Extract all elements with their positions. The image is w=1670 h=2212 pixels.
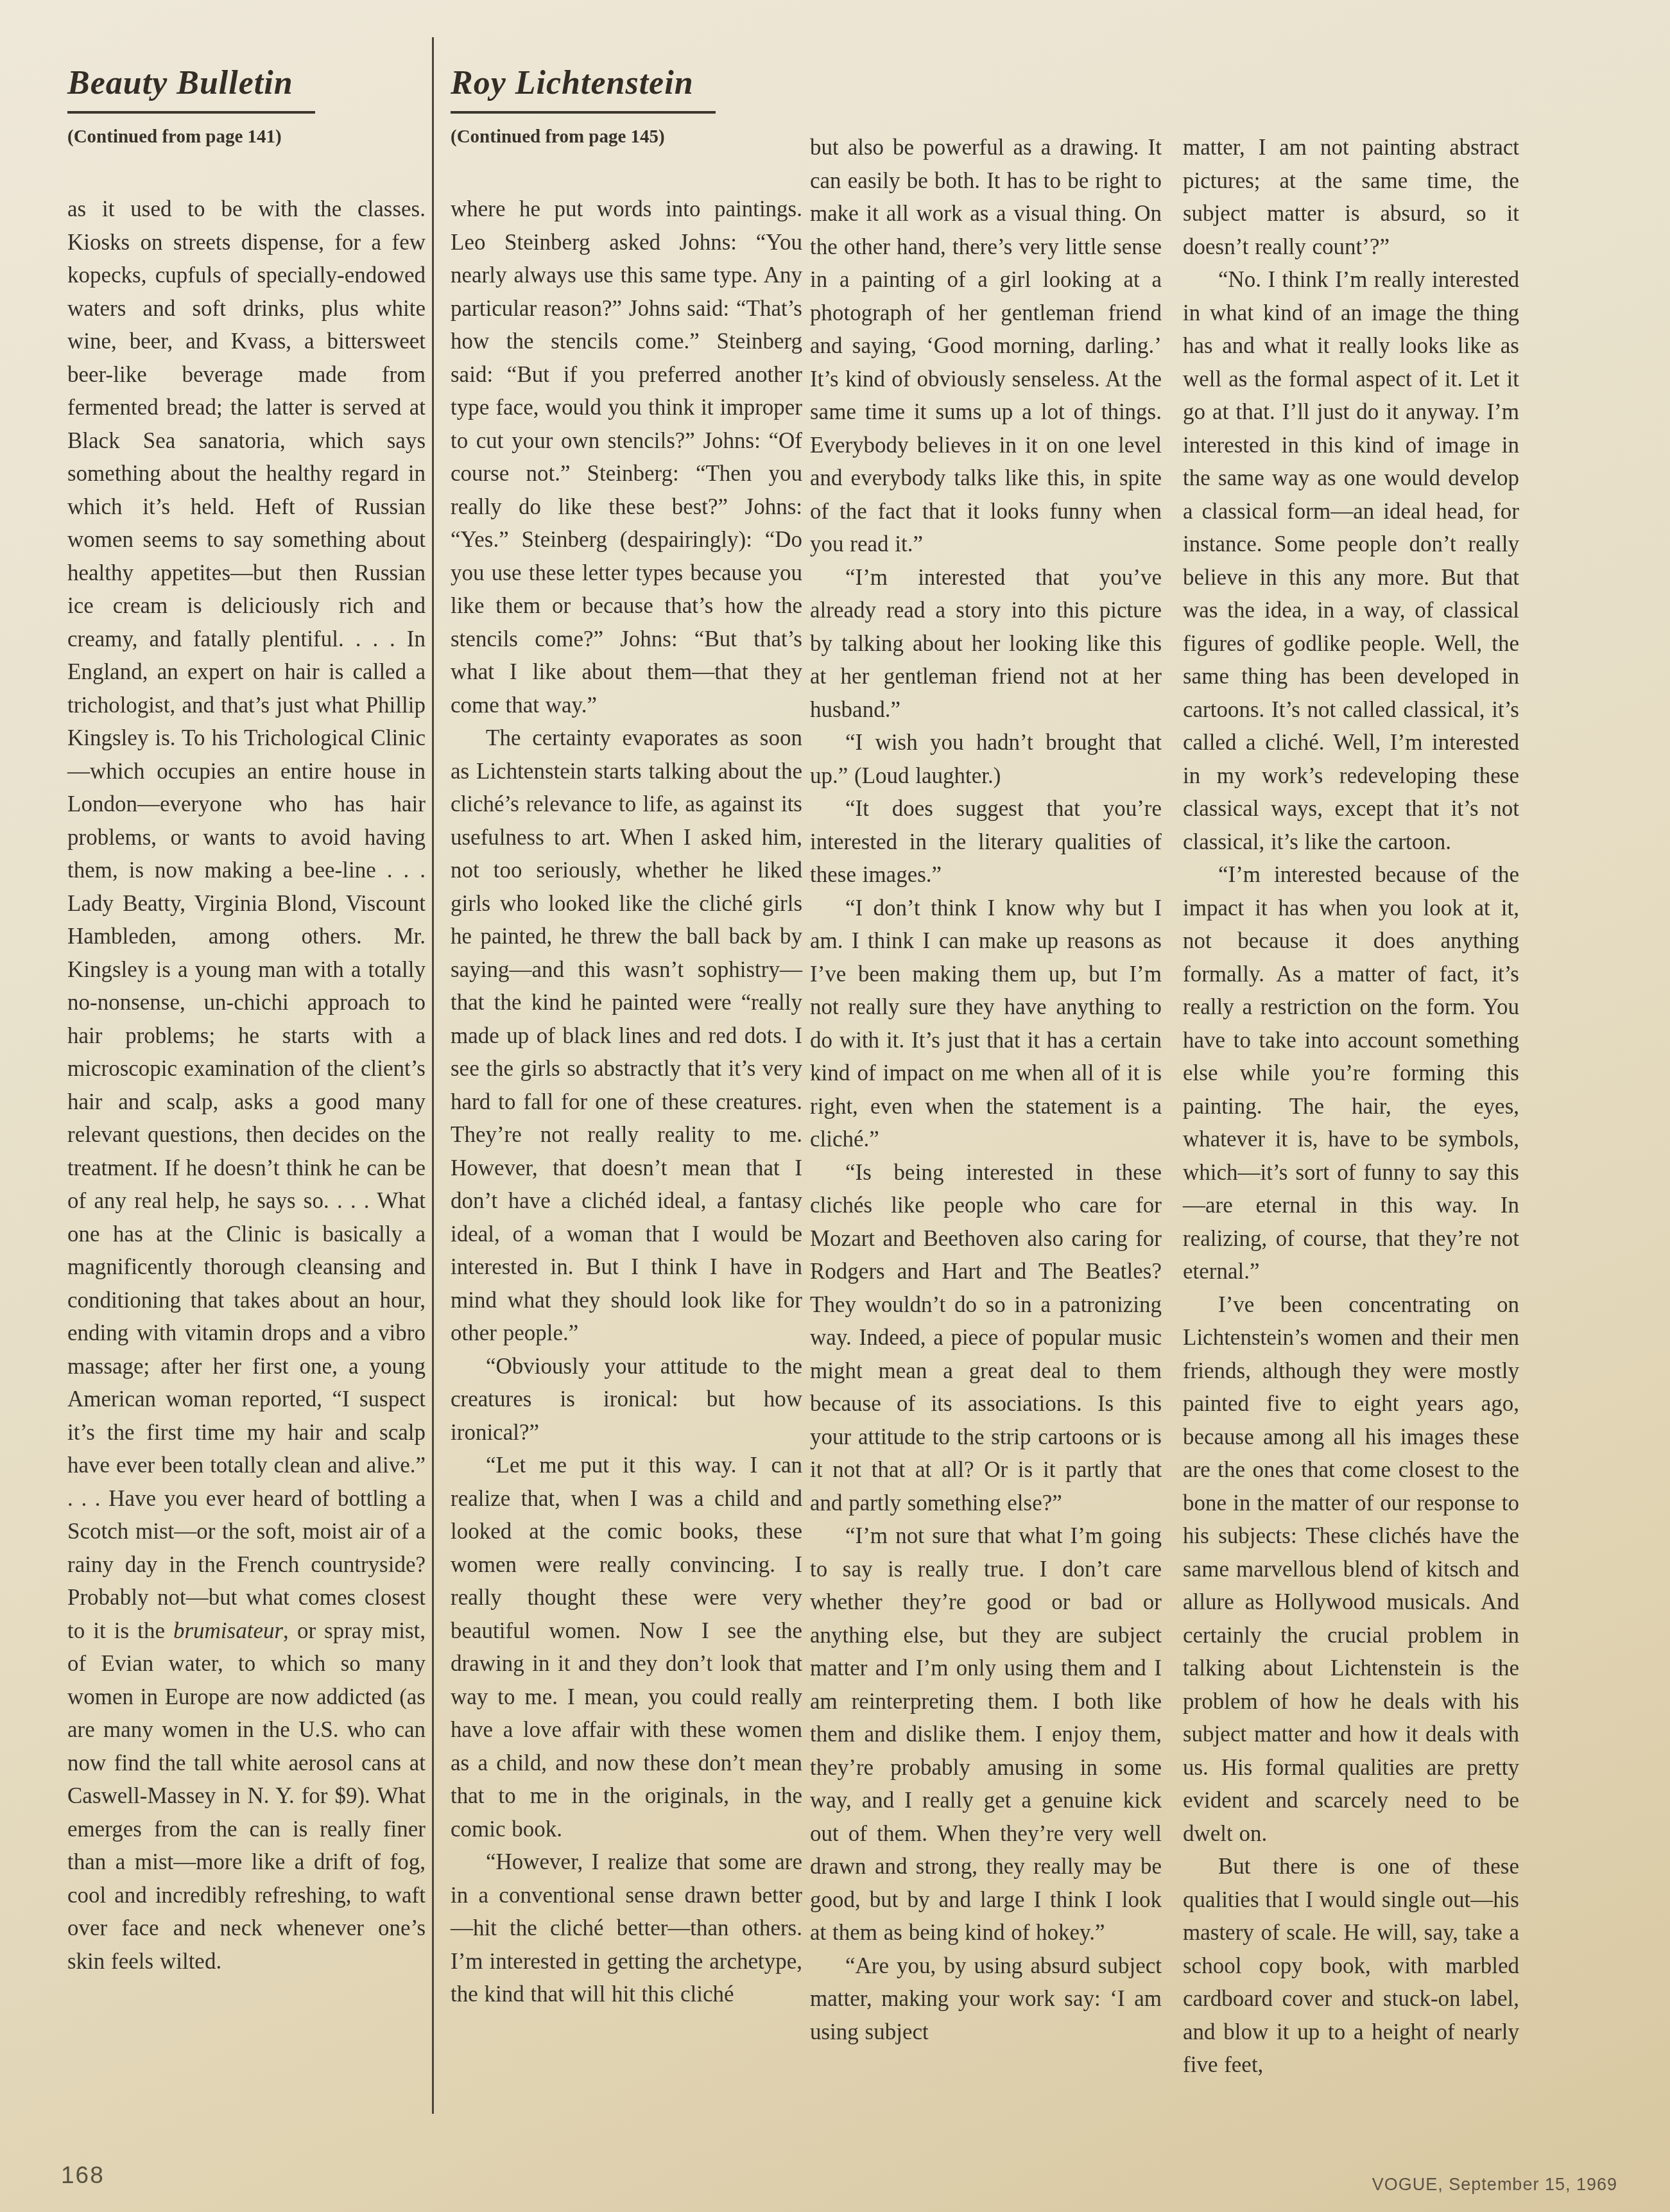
paragraph: “However, I realize that some are in a c… bbox=[451, 1845, 802, 2011]
body-text: “Are you, by using absurd subject matter… bbox=[810, 1953, 1162, 2044]
text-column-1: as it used to be with the classes. Kiosk… bbox=[67, 193, 426, 1978]
body-text: “However, I realize that some are in a c… bbox=[451, 1849, 802, 2007]
paragraph: “Obviously your attitude to the creature… bbox=[451, 1350, 802, 1449]
paragraph: “Are you, by using absurd subject matter… bbox=[810, 1949, 1162, 2049]
body-text: “I wish you hadn’t brought that up.” (Lo… bbox=[810, 730, 1162, 788]
paragraph: “I don’t think I know why but I am. I th… bbox=[810, 892, 1162, 1156]
continued-note-left: (Continued from page 141) bbox=[67, 126, 315, 148]
body-text: I’ve been concentrating on Lichtenstein’… bbox=[1183, 1292, 1519, 1846]
paragraph: “I’m interested that you’ve already read… bbox=[810, 561, 1162, 727]
body-text: as it used to be with the classes. Kiosk… bbox=[67, 196, 426, 1643]
paragraph: But there is one of these qualities that… bbox=[1183, 1850, 1519, 2082]
paragraph: where he put words into paintings. Leo S… bbox=[451, 193, 802, 721]
paragraph: “No. I think I’m really interested in wh… bbox=[1183, 263, 1519, 858]
article-title-beauty-bulletin: Beauty Bulletin bbox=[67, 64, 315, 114]
paragraph: “I’m not sure that what I’m going to say… bbox=[810, 1519, 1162, 1949]
body-text: “I’m interested because of the impact it… bbox=[1183, 862, 1519, 1284]
text-column-3: but also be powerful as a drawing. It ca… bbox=[810, 131, 1162, 2048]
body-text: “Let me put it this way. I can realize t… bbox=[451, 1453, 802, 1842]
text-column-4: matter, I am not painting abstract pictu… bbox=[1183, 131, 1519, 2082]
italic-text: brumisateur bbox=[173, 1618, 283, 1643]
paragraph: but also be powerful as a drawing. It ca… bbox=[810, 131, 1162, 561]
body-text: matter, I am not painting abstract pictu… bbox=[1183, 135, 1519, 259]
article-header-roy-lichtenstein: Roy Lichtenstein (Continued from page 14… bbox=[451, 64, 716, 148]
body-text: but also be powerful as a drawing. It ca… bbox=[810, 135, 1162, 557]
body-text: “No. I think I’m really interested in wh… bbox=[1183, 267, 1519, 854]
continued-note-right: (Continued from page 145) bbox=[451, 126, 716, 148]
magazine-page: Beauty Bulletin (Continued from page 141… bbox=[0, 0, 1670, 2212]
article-header-beauty-bulletin: Beauty Bulletin (Continued from page 141… bbox=[67, 64, 315, 148]
body-text: The certainty evaporates as soon as Lich… bbox=[451, 725, 802, 1345]
body-text: “I’m not sure that what I’m going to say… bbox=[810, 1523, 1162, 1945]
page-number: 168 bbox=[61, 2162, 105, 2189]
body-text: “I don’t think I know why but I am. I th… bbox=[810, 895, 1162, 1152]
column-divider-rule bbox=[432, 37, 434, 2114]
text-column-2: where he put words into paintings. Leo S… bbox=[451, 193, 802, 2011]
paragraph: I’ve been concentrating on Lichtenstein’… bbox=[1183, 1288, 1519, 1851]
body-text: , or spray mist, of Evian water, to whic… bbox=[67, 1618, 426, 1974]
paragraph: matter, I am not painting abstract pictu… bbox=[1183, 131, 1519, 263]
body-text: where he put words into paintings. Leo S… bbox=[451, 196, 802, 718]
body-text: “I’m interested that you’ve already read… bbox=[810, 565, 1162, 722]
paragraph: as it used to be with the classes. Kiosk… bbox=[67, 193, 426, 1978]
body-text: “Obviously your attitude to the creature… bbox=[451, 1354, 802, 1445]
paragraph: “Is being interested in these clichés li… bbox=[810, 1156, 1162, 1520]
body-text: “Is being interested in these clichés li… bbox=[810, 1160, 1162, 1516]
paragraph: “I’m interested because of the impact it… bbox=[1183, 858, 1519, 1288]
issue-line: VOGUE, September 15, 1969 bbox=[1372, 2175, 1617, 2195]
body-text: “It does suggest that you’re interested … bbox=[810, 796, 1162, 887]
article-title-roy-lichtenstein: Roy Lichtenstein bbox=[451, 64, 716, 114]
paragraph: “Let me put it this way. I can realize t… bbox=[451, 1449, 802, 1845]
paragraph: “I wish you hadn’t brought that up.” (Lo… bbox=[810, 726, 1162, 792]
paragraph: The certainty evaporates as soon as Lich… bbox=[451, 721, 802, 1350]
paragraph: “It does suggest that you’re interested … bbox=[810, 792, 1162, 892]
body-text: But there is one of these qualities that… bbox=[1183, 1854, 1519, 2077]
